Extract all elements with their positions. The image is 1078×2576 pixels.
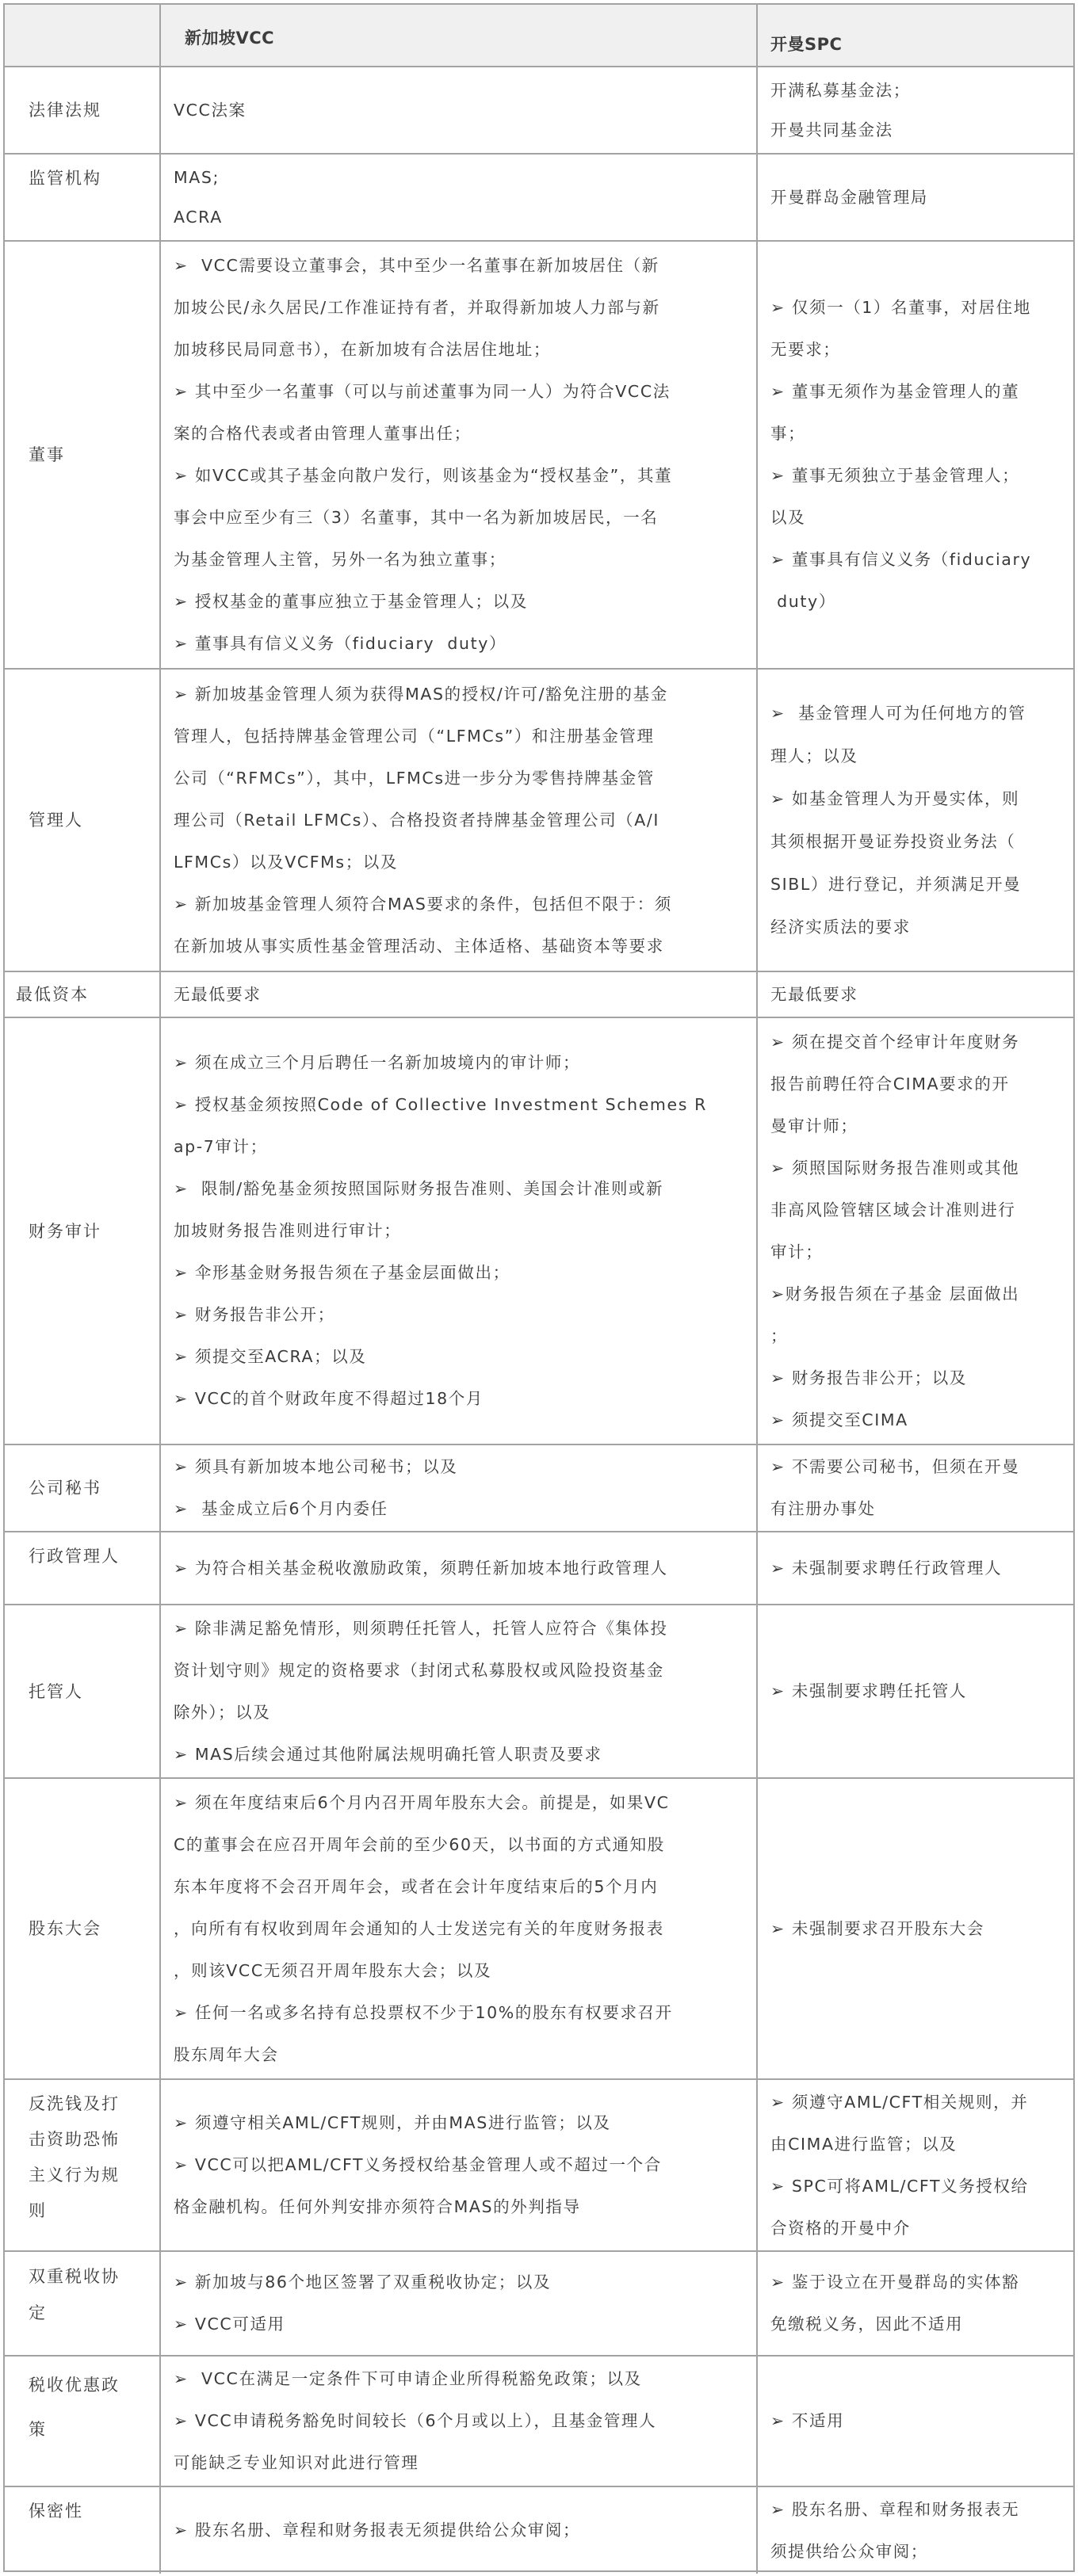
spc-cell: ➢ 未强制要求聘任行政管理人 (758, 1532, 1073, 1604)
vcc-text-line: 为基金管理人主管，另外一名为独立董事； (174, 539, 756, 581)
vcc-cell: ➢ 须遵守相关AML/CFT规则，并由MAS进行监管；以及➢ VCC可以把AML… (161, 2080, 758, 2250)
spc-text-line: ➢ 须提交至CIMA (770, 1399, 1073, 1441)
vcc-cell: VCC法案 (161, 67, 758, 153)
vcc-cell: ➢ 须具有新加坡本地公司秘书；以及➢ 基金成立后6个月内委任 (161, 1445, 758, 1531)
vcc-text-line: ➢ 新加坡基金管理人须为获得MAS的授权/许可/豁免注册的基金 (174, 674, 756, 716)
vcc-cell: ➢ VCC在满足一定条件下可申请企业所得税豁免政策；以及➢ VCC申请税务豁免时… (161, 2357, 758, 2486)
vcc-cell: ➢ 新加坡基金管理人须为获得MAS的授权/许可/豁免注册的基金管理人，包括持牌基… (161, 670, 758, 971)
row-label: 税收优惠政 (29, 2363, 159, 2407)
row-label: 财务审计 (29, 1214, 159, 1249)
row-label: 击资助恐怖 (29, 2122, 159, 2158)
vcc-text-line: 资计划守则》规定的资格要求（封闭式私募股权或风险投资基金 (174, 1650, 756, 1692)
spc-text-line: duty） (770, 581, 1073, 623)
spc-cell: 无最低要求 (758, 972, 1073, 1017)
row-label: 股东大会 (29, 1911, 159, 1946)
vcc-text-line: ➢ 须在成立三个月后聘任一名新加坡境内的审计师； (174, 1042, 756, 1084)
spc-text-line: 理人；以及 (770, 735, 1073, 777)
vcc-text-line: ➢ 任何一名或多名持有总投票权不少于10%的股东有权要求召开 (174, 1992, 756, 2034)
row-label: 双重税收协 (29, 2258, 159, 2295)
table-row: 股东大会➢ 须在年度结束后6个月内召开周年股东大会。前提是，如果VCC的董事会在… (5, 1779, 1073, 2080)
vcc-text-line: 可能缺乏专业知识对此进行管理 (174, 2442, 756, 2484)
row-label-cell: 保密性 (5, 2487, 161, 2574)
vcc-text-line: 无最低要求 (174, 979, 756, 1010)
row-label: 董事 (29, 437, 159, 472)
spc-text-line: ➢ 如基金管理人为开曼实体，则 (770, 777, 1073, 820)
row-label: 法律法规 (29, 93, 159, 128)
row-label: 策 (29, 2407, 159, 2452)
vcc-text-line: 格金融机构。任何外判安排亦须符合MAS的外判指导 (174, 2186, 756, 2228)
vcc-text-line: 东本年度将不会召开周年会，或者在会计年度结束后的5个月内 (174, 1866, 756, 1908)
spc-text-line: ➢ 未强制要求召开股东大会 (770, 1908, 1073, 1950)
header-cell-spc: 开曼SPC (758, 5, 1073, 66)
row-label-cell: 托管人 (5, 1605, 161, 1777)
table-row: 法律法规VCC法案开满私募基金法；开曼共同基金法 (5, 67, 1073, 155)
vcc-text-line: ➢ 限制/豁免基金须按照国际财务报告准则、美国会计准则或新 (174, 1168, 756, 1210)
spc-text-line: ➢ 股东名册、章程和财务报表无 (770, 2489, 1073, 2531)
spc-text-line: 须提供给公众审阅； (770, 2531, 1073, 2573)
spc-text-line: ➢ 未强制要求聘任托管人 (770, 1670, 1073, 1712)
row-label: 管理人 (29, 803, 159, 838)
vcc-text-line: 加坡财务报告准则进行审计； (174, 1210, 756, 1252)
spc-cell: ➢ 未强制要求召开股东大会 (758, 1779, 1073, 2078)
spc-text-line: 审计； (770, 1231, 1073, 1273)
spc-text-line: 合资格的开曼中介 (770, 2208, 1073, 2250)
header-cell-vcc: 新加坡VCC (161, 5, 758, 66)
row-label-cell: 董事 (5, 242, 161, 668)
table-row: 监管机构MAS;ACRA开曼群岛金融管理局 (5, 155, 1073, 242)
vcc-text-line: ➢ VCC在满足一定条件下可申请企业所得税豁免政策；以及 (174, 2358, 756, 2400)
spc-cell: 开曼群岛金融管理局 (758, 155, 1073, 240)
vcc-text-line: ➢ VCC可以把AML/CFT义务授权给基金管理人或不超过一个合 (174, 2144, 756, 2186)
row-label: 监管机构 (29, 161, 159, 196)
spc-text-line: ➢ 不需要公司秘书，但须在开曼 (770, 1446, 1073, 1488)
spc-text-line: 开曼群岛金融管理局 (770, 177, 1073, 217)
vcc-text-line: ➢ 须提交至ACRA；以及 (174, 1336, 756, 1378)
vcc-text-line: ➢ 授权基金的董事应独立于基金管理人；以及 (174, 581, 756, 623)
spc-cell: ➢ 基金管理人可为任何地方的管理人；以及➢ 如基金管理人为开曼实体，则其须根据开… (758, 670, 1073, 971)
vcc-text-line: ➢ 须在年度结束后6个月内召开周年股东大会。前提是，如果VC (174, 1782, 756, 1824)
spc-cell: 开满私募基金法；开曼共同基金法 (758, 67, 1073, 153)
vcc-text-line: 加坡移民局同意书），在新加坡有合法居住地址； (174, 329, 756, 371)
vcc-cell: ➢ 须在年度结束后6个月内召开周年股东大会。前提是，如果VCC的董事会在应召开周… (161, 1779, 758, 2078)
vcc-text-line: ➢ 股东名册、章程和财务报表无须提供给公众审阅； (174, 2509, 756, 2551)
row-label: 托管人 (29, 1674, 159, 1709)
table-row: 保密性➢ 股东名册、章程和财务报表无须提供给公众审阅；➢ 股东名册、章程和财务报… (5, 2487, 1073, 2574)
header-label-vcc: 新加坡VCC (185, 25, 756, 49)
vcc-text-line: VCC法案 (174, 90, 756, 130)
spc-cell: ➢ 不适用 (758, 2357, 1073, 2486)
spc-cell: ➢ 仅须一（1）名董事，对居住地无要求；➢ 董事无须作为基金管理人的董事；➢ 董… (758, 242, 1073, 668)
spc-text-line: 其须根据开曼证券投资业务法（ (770, 820, 1073, 863)
row-label: 反洗钱及打 (29, 2086, 159, 2122)
vcc-text-line: ➢ MAS后续会通过其他附属法规明确托管人职责及要求 (174, 1734, 756, 1776)
spc-text-line: ➢ 鉴于设立在开曼群岛的实体豁 (770, 2261, 1073, 2303)
spc-text-line: ➢ 董事无须作为基金管理人的董 (770, 371, 1073, 413)
spc-text-line: 开曼共同基金法 (770, 110, 1073, 150)
row-label-cell: 税收优惠政策 (5, 2357, 161, 2486)
table-row: 双重税收协定➢ 新加坡与86个地区签署了双重税收协定；以及➢ VCC可适用➢ 鉴… (5, 2252, 1073, 2357)
spc-text-line: 开满私募基金法； (770, 71, 1073, 110)
row-label: 保密性 (29, 2494, 159, 2528)
vcc-text-line: ，则该VCC无须召开周年股东大会；以及 (174, 1950, 756, 1992)
row-label: 则 (29, 2193, 159, 2229)
spc-text-line: 报告前聘任符合CIMA要求的开 (770, 1063, 1073, 1105)
vcc-text-line: ➢ 财务报告非公开； (174, 1294, 756, 1336)
table-row: 托管人➢ 除非满足豁免情形，则须聘任托管人，托管人应符合《集体投资计划守则》规定… (5, 1605, 1073, 1779)
row-label: 定 (29, 2295, 159, 2331)
vcc-text-line: ➢ 董事具有信义义务（fiduciary duty） (174, 623, 756, 665)
vcc-cell: ➢ 除非满足豁免情形，则须聘任托管人，托管人应符合《集体投资计划守则》规定的资格… (161, 1605, 758, 1777)
vcc-text-line: ➢ 如VCC或其子基金向散户发行，则该基金为“授权基金”，其董 (174, 455, 756, 497)
spc-text-line: SIBL）进行登记，并须满足开曼 (770, 863, 1073, 906)
spc-text-line: ➢ 仅须一（1）名董事，对居住地 (770, 287, 1073, 329)
spc-text-line: ➢ 基金管理人可为任何地方的管 (770, 692, 1073, 735)
spc-text-line: 事； (770, 413, 1073, 455)
row-label-cell: 反洗钱及打击资助恐怖主义行为规则 (5, 2080, 161, 2250)
spc-text-line: 免缴税义务，因此不适用 (770, 2303, 1073, 2345)
row-label-cell: 管理人 (5, 670, 161, 971)
spc-text-line: ➢ 须在提交首个经审计年度财务 (770, 1021, 1073, 1063)
spc-text-line: ➢ 须遵守AML/CFT相关规则，并 (770, 2082, 1073, 2124)
spc-text-line: 无要求； (770, 329, 1073, 371)
comparison-table: 新加坡VCC 开曼SPC 法律法规VCC法案开满私募基金法；开曼共同基金法监管机… (3, 3, 1075, 2572)
vcc-text-line: 管理人，包括持牌基金管理公司（“LFMCs”）和注册基金管理 (174, 716, 756, 758)
table-row: 公司秘书➢ 须具有新加坡本地公司秘书；以及➢ 基金成立后6个月内委任➢ 不需要公… (5, 1445, 1073, 1532)
table-header-row: 新加坡VCC 开曼SPC (5, 5, 1073, 67)
spc-text-line: ➢ 未强制要求聘任行政管理人 (770, 1548, 1073, 1589)
row-label-cell: 股东大会 (5, 1779, 161, 2078)
table-row: 管理人➢ 新加坡基金管理人须为获得MAS的授权/许可/豁免注册的基金管理人，包括… (5, 670, 1073, 972)
vcc-text-line: ➢ 其中至少一名董事（可以与前述董事为同一人）为符合VCC法 (174, 371, 756, 413)
spc-text-line: ➢ 董事无须独立于基金管理人； (770, 455, 1073, 497)
vcc-text-line: 加坡公民/永久居民/工作准证持有者，并取得新加坡人力部与新 (174, 287, 756, 329)
spc-cell: ➢ 股东名册、章程和财务报表无须提供给公众审阅； (758, 2487, 1073, 2574)
spc-text-line: 由CIMA进行监管；以及 (770, 2124, 1073, 2166)
header-label-spc: 开曼SPC (770, 32, 1073, 55)
vcc-text-line: ➢ 为符合相关基金税收激励政策，须聘任新加坡本地行政管理人 (174, 1548, 756, 1589)
spc-text-line: ➢ 董事具有信义义务（fiduciary (770, 539, 1073, 581)
spc-text-line: ➢ 须照国际财务报告准则或其他 (770, 1147, 1073, 1189)
vcc-text-line: ➢ 须遵守相关AML/CFT规则，并由MAS进行监管；以及 (174, 2102, 756, 2144)
vcc-text-line: ➢ VCC的首个财政年度不得超过18个月 (174, 1378, 756, 1420)
vcc-text-line: C的董事会在应召开周年会前的至少60天，以书面的方式通知股 (174, 1824, 756, 1866)
spc-cell: ➢ 不需要公司秘书，但须在开曼有注册办事处 (758, 1445, 1073, 1531)
table-row: 反洗钱及打击资助恐怖主义行为规则➢ 须遵守相关AML/CFT规则，并由MAS进行… (5, 2080, 1073, 2252)
spc-cell: ➢ 须在提交首个经审计年度财务报告前聘任符合CIMA要求的开曼审计师；➢ 须照国… (758, 1018, 1073, 1444)
table-row: 行政管理人➢ 为符合相关基金税收激励政策，须聘任新加坡本地行政管理人➢ 未强制要… (5, 1532, 1073, 1605)
row-label-cell: 行政管理人 (5, 1532, 161, 1604)
spc-text-line: ➢财务报告须在子基金 层面做出 (770, 1273, 1073, 1315)
spc-text-line: ➢ 财务报告非公开；以及 (770, 1357, 1073, 1399)
vcc-text-line: 案的合格代表或者由管理人董事出任； (174, 413, 756, 455)
vcc-text-line: ACRA (174, 197, 756, 237)
vcc-cell: ➢ 须在成立三个月后聘任一名新加坡境内的审计师；➢ 授权基金须按照Code of… (161, 1018, 758, 1444)
table-row: 董事➢ VCC需要设立董事会，其中至少一名董事在新加坡居住（新加坡公民/永久居民… (5, 242, 1073, 670)
vcc-cell: MAS;ACRA (161, 155, 758, 240)
spc-text-line: 非高风险管辖区域会计准则进行 (770, 1189, 1073, 1231)
spc-text-line: 经济实质法的要求 (770, 906, 1073, 948)
row-label: 行政管理人 (29, 1539, 159, 1574)
row-label-cell: 最低资本 (5, 972, 161, 1017)
vcc-text-line: ➢ 新加坡与86个地区签署了双重税收协定；以及 (174, 2261, 756, 2303)
vcc-cell: ➢ 股东名册、章程和财务报表无须提供给公众审阅； (161, 2487, 758, 2574)
row-label-cell: 公司秘书 (5, 1445, 161, 1531)
row-label-cell: 监管机构 (5, 155, 161, 240)
spc-text-line: 曼审计师； (770, 1105, 1073, 1147)
vcc-text-line: ➢ VCC申请税务豁免时间较长（6个月或以上），且基金管理人 (174, 2400, 756, 2442)
spc-text-line: 无最低要求 (770, 979, 1073, 1010)
vcc-cell: 无最低要求 (161, 972, 758, 1017)
spc-text-line: 以及 (770, 497, 1073, 539)
row-label: 主义行为规 (29, 2158, 159, 2193)
row-label: 最低资本 (16, 977, 159, 1012)
vcc-cell: ➢ 新加坡与86个地区签署了双重税收协定；以及➢ VCC可适用 (161, 2252, 758, 2355)
row-label-cell: 双重税收协定 (5, 2252, 161, 2355)
table-row: 最低资本无最低要求无最低要求 (5, 972, 1073, 1018)
spc-cell: ➢ 须遵守AML/CFT相关规则，并由CIMA进行监管；以及➢ SPC可将AML… (758, 2080, 1073, 2250)
row-label-cell: 法律法规 (5, 67, 161, 153)
vcc-text-line: ，向所有有权收到周年会通知的人士发送完有关的年度财务报表 (174, 1908, 756, 1950)
vcc-text-line: ➢ 伞形基金财务报告须在子基金层面做出； (174, 1252, 756, 1294)
row-label-cell: 财务审计 (5, 1018, 161, 1444)
table-row: 税收优惠政策➢ VCC在满足一定条件下可申请企业所得税豁免政策；以及➢ VCC申… (5, 2357, 1073, 2487)
vcc-text-line: LFMCs）以及VCFMs；以及 (174, 841, 756, 883)
vcc-text-line: MAS; (174, 158, 756, 197)
spc-cell: ➢ 未强制要求聘任托管人 (758, 1605, 1073, 1777)
vcc-cell: ➢ VCC需要设立董事会，其中至少一名董事在新加坡居住（新加坡公民/永久居民/工… (161, 242, 758, 668)
header-cell-empty (5, 5, 161, 66)
vcc-text-line: 除外）；以及 (174, 1692, 756, 1734)
vcc-text-line: ap-7审计； (174, 1126, 756, 1168)
vcc-text-line: 公司（“RFMCs”），其中，LFMCs进一步分为零售持牌基金管 (174, 758, 756, 800)
vcc-text-line: 股东周年大会 (174, 2034, 756, 2076)
spc-text-line: ； (770, 1315, 1073, 1357)
vcc-text-line: ➢ VCC需要设立董事会，其中至少一名董事在新加坡居住（新 (174, 245, 756, 287)
vcc-text-line: ➢ 新加坡基金管理人须符合MAS要求的条件，包括但不限于：须 (174, 883, 756, 925)
table-row: 财务审计➢ 须在成立三个月后聘任一名新加坡境内的审计师；➢ 授权基金须按照Cod… (5, 1018, 1073, 1445)
vcc-text-line: 在新加坡从事实质性基金管理活动、主体适格、基础资本等要求 (174, 925, 756, 967)
vcc-text-line: ➢ 须具有新加坡本地公司秘书；以及 (174, 1446, 756, 1488)
row-label: 公司秘书 (29, 1471, 159, 1506)
vcc-text-line: ➢ 除非满足豁免情形，则须聘任托管人，托管人应符合《集体投 (174, 1608, 756, 1650)
vcc-text-line: 事会中应至少有三（3）名董事，其中一名为新加坡居民，一名 (174, 497, 756, 539)
vcc-cell: ➢ 为符合相关基金税收激励政策，须聘任新加坡本地行政管理人 (161, 1532, 758, 1604)
vcc-text-line: ➢ 授权基金须按照Code of Collective Investment S… (174, 1084, 756, 1126)
vcc-text-line: 理公司（Retail LFMCs）、合格投资者持牌基金管理公司（A/I (174, 800, 756, 841)
spc-text-line: ➢ 不适用 (770, 2400, 1073, 2442)
spc-text-line: ➢ SPC可将AML/CFT义务授权给 (770, 2166, 1073, 2208)
vcc-text-line: ➢ VCC可适用 (174, 2303, 756, 2345)
vcc-text-line: ➢ 基金成立后6个月内委任 (174, 1488, 756, 1530)
spc-cell: ➢ 鉴于设立在开曼群岛的实体豁免缴税义务，因此不适用 (758, 2252, 1073, 2355)
spc-text-line: 有注册办事处 (770, 1488, 1073, 1530)
